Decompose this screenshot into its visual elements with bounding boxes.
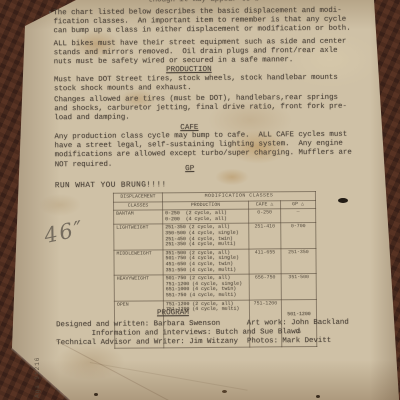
header-cafe: CAFE △: [249, 200, 281, 209]
class-name: LIGHTWEIGHT: [114, 224, 163, 250]
cafe-cell: 0-250: [249, 209, 281, 223]
table-row-middleweight: MIDDLEWEIGHT 351-500 (2 cycle, all)501-7…: [114, 248, 316, 275]
margin-stamp-text: Aga 91216: [34, 340, 41, 398]
gp-cell: 351-500: [281, 274, 316, 300]
production-paragraph-1: Must have DOT Street tires, stock wheels…: [54, 74, 338, 95]
production-cell: 0-250 (2 cycle, all)0-200 (4 cycle, all): [163, 209, 249, 224]
gp-cell: 251-350: [281, 248, 316, 274]
section-heading-gp: GP: [55, 164, 325, 174]
header-gp: GP △: [281, 200, 316, 209]
table-row-lightweight: LIGHTWEIGHT 251-350 (2 cycle, all)350-50…: [114, 223, 316, 250]
cafe-cell: 656-750: [249, 274, 281, 300]
intro-paragraph-2: ALL bikes must have their street equipme…: [54, 38, 347, 68]
typed-content: though it may appear to b The chart list…: [0, 0, 400, 400]
gp-cell: —: [281, 209, 316, 223]
production-cell: 251-350 (2 cycle, all)350-500 (4 cycle, …: [163, 223, 249, 249]
intro-paragraph-1: The chart listed below describes the bas…: [53, 7, 350, 37]
run-what-you-brung-line: RUN WHAT YOU BRUNG!!!!: [55, 181, 167, 190]
credits-block: Designed and written: Barbara Swenson Ar…: [56, 319, 349, 349]
class-name: HEAVYWEIGHT: [114, 275, 163, 301]
photographed-document: though it may appear to b The chart list…: [0, 0, 400, 400]
cafe-cell: 411-655: [249, 249, 281, 275]
gp-cell: 0-700: [281, 223, 316, 249]
gp-value: 501-1200: [284, 312, 314, 318]
production-cell: 351-500 (2 cycle, all)501-750 (4 cycle, …: [163, 249, 249, 275]
cut-off-top-line: though it may appear to b: [148, 0, 259, 4]
section-heading-program: PROGRAM: [157, 309, 189, 317]
class-name: MIDDLEWEIGHT: [114, 250, 163, 276]
class-name: BANTAM: [114, 210, 163, 225]
production-cell: 501-750 (2 cycle, all)751-1200 (4 cycle,…: [163, 274, 249, 300]
production-paragraph-2: Changes allowed are tires (must be DOT),…: [54, 94, 347, 124]
table-row-heavyweight: HEAVYWEIGHT 501-750 (2 cycle, all)751-12…: [114, 274, 316, 301]
cafe-cell: 251-410: [249, 223, 281, 249]
